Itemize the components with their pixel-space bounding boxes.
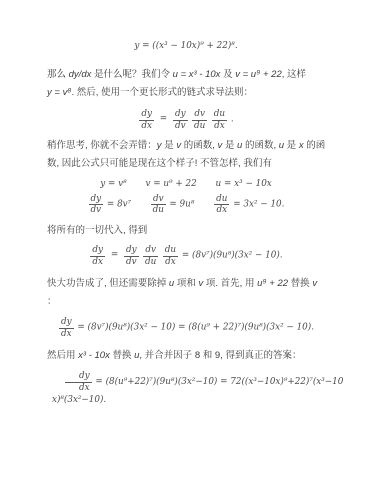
text-run: 是 [162, 140, 177, 151]
fraction-dy-dv: dydv [173, 109, 188, 131]
equation-text: y = ((x³ − 10x)⁹ + 22)⁸. [134, 41, 237, 51]
fraction-dy-dx: dydx [90, 245, 105, 267]
fraction-dv-du: dvdu [151, 194, 166, 216]
text-run: . 然后, 使用一个更长形式的链式求导法则： [71, 87, 253, 98]
text-run: 是 [284, 140, 299, 151]
paragraph-plug-in: 将所有的一切代入, 得到 [47, 222, 325, 240]
equation-text: = (8(u⁹+22)⁷)(9u⁸)(3x²−10) = 72((x³−10x)… [52, 377, 343, 405]
paragraph-think: 稍作思考, 你就不会弄错：y 是 v 的函数, v 是 u 的函数, u 是 x… [47, 137, 325, 173]
equation-text: = (8v⁷)(9u⁸)(3x² − 10). [182, 250, 283, 260]
fraction-dv-du: dvdu [192, 109, 207, 131]
derivative-dv-du: dvdu = 9u⁸ [150, 194, 194, 216]
period: . [231, 114, 234, 124]
fraction-dy-dx: dydx [65, 371, 92, 393]
text-run: ： [47, 296, 57, 307]
text-run: 那么 [47, 69, 69, 80]
text-line: 那么 dy/dx 是什么呢？我们令 u = x³ - 10x 及 v = u⁹ … [47, 66, 325, 84]
derivatives-row: dydv = 8v⁷ dvdu = 9u⁸ dudx = 3x² − 10. [47, 194, 325, 216]
inline-math-run: x³ - 10x [78, 350, 110, 361]
definitions-row: y = v⁸ v = u⁹ + 22 u = x³ − 10x [47, 178, 325, 191]
paragraph-almost-done: 快大功告成了, 但还需要除掉 u 项和 v 项. 首先, 用 u⁹ + 22 替… [47, 275, 325, 311]
text-run: 然后用 [47, 350, 78, 361]
display-definitions: y = v⁸ v = u⁹ + 22 u = x³ − 10x dydv = 8… [47, 178, 325, 216]
text-run: 项和 [174, 278, 198, 289]
fraction-du-dx: dudx [163, 245, 178, 267]
display-replace-v: dydx = (8v⁷)(9u⁸)(3x² − 10) = (8(u⁹ + 22… [47, 317, 325, 339]
fraction-du-dx: dudx [214, 194, 229, 216]
text-run: 是什么呢？我们令 [91, 69, 172, 80]
page: y = ((x³ − 10x)⁹ + 22)⁸. 那么 dy/dx 是什么呢？我… [0, 0, 370, 480]
display-equation-top: y = ((x³ − 10x)⁹ + 22)⁸. [47, 40, 325, 54]
text-line: 快大功告成了, 但还需要除掉 u 项和 v 项. 首先, 用 u⁹ + 22 替… [47, 275, 325, 293]
text-run: 快大功告成了, 但还需要除掉 [47, 278, 169, 289]
equals-sign: = [111, 250, 118, 260]
fraction-du-dx: dudx [212, 109, 227, 131]
equation-text: = 8v⁷ [107, 199, 131, 209]
inline-math-run: dy/dx [69, 69, 92, 80]
inline-math-run: v = u⁹ + 22 [235, 69, 282, 80]
text-line: y = v⁸. 然后, 使用一个更长形式的链式求导法则： [47, 84, 325, 102]
inline-math-run: u⁹ + 22 [257, 278, 288, 289]
equation-text: = 9u⁸ [169, 199, 194, 209]
text-line: 然后用 x³ - 10x 替换 u, 并合并因子 8 和 9, 得到真正的答案： [47, 347, 325, 365]
equation-y-v: y = v⁸ [100, 178, 126, 191]
text-run: 的函数, [181, 140, 217, 151]
text-run: , 这样 [282, 69, 306, 80]
text-line: ： [47, 293, 325, 311]
text-run: 将所有的一切代入, 得到 [47, 225, 147, 236]
display-chain-rule: dydx = dydv dvdu dudx . [47, 109, 325, 131]
text-run: , 并合并因子 8 和 9, 得到真正的答案： [139, 350, 301, 361]
text-run: 替换 [110, 350, 134, 361]
text-line: 将所有的一切代入, 得到 [47, 222, 325, 240]
equation-v-u: v = u⁹ + 22 [145, 178, 196, 191]
text-line: 数, 因此公式只可能是现在这个样子! 不管怎样, 我们有 [47, 155, 325, 173]
fraction-dy-dv: dydv [124, 245, 139, 267]
fraction-dv-du: dvdu [143, 245, 158, 267]
text-run: 替换 [288, 278, 312, 289]
display-plugged-in: dydx = dydv dvdu dudx = (8v⁷)(9u⁸)(3x² −… [47, 245, 325, 267]
inline-math-run: v [312, 278, 317, 289]
text-run: 稍作思考, 你就不会弄错： [47, 140, 157, 151]
text-run: 数, 因此公式只可能是现在这个样子! 不管怎样, 我们有 [47, 158, 272, 169]
paragraph-intro: 那么 dy/dx 是什么呢？我们令 u = x³ - 10x 及 v = u⁹ … [47, 66, 325, 102]
equation-text: = 3x² − 10. [233, 199, 284, 209]
derivative-du-dx: dudx = 3x² − 10. [213, 194, 284, 216]
inline-math-run: u = x³ - 10x [173, 69, 221, 80]
equals-sign: = [160, 114, 167, 124]
paragraph-replace-u: 然后用 x³ - 10x 替换 u, 并合并因子 8 和 9, 得到真正的答案： [47, 347, 325, 365]
fraction-dy-dx: dydx [139, 109, 154, 131]
fraction-dy-dv: dydv [89, 194, 104, 216]
text-line: 稍作思考, 你就不会弄错：y 是 v 的函数, v 是 u 的函数, u 是 x… [47, 137, 325, 155]
derivative-dy-dv: dydv = 8v⁷ [88, 194, 132, 216]
text-run: 的函 [304, 140, 326, 151]
display-final-answer: dydx = (8(u⁹+22)⁷)(9u⁸)(3x²−10) = 72((x³… [52, 371, 350, 407]
fraction-dy-dx: dydx [59, 317, 74, 339]
text-run: 及 [220, 69, 235, 80]
inline-math-run: y = v⁸ [47, 87, 71, 98]
equation-text: = (8v⁷)(9u⁸)(3x² − 10) = (8(u⁹ + 22)⁷)(9… [77, 322, 314, 332]
equation-u-x: u = x³ − 10x [216, 178, 272, 191]
text-run: 是 [222, 140, 237, 151]
text-run: 项. 首先, 用 [203, 278, 257, 289]
text-run: 的函数, [242, 140, 278, 151]
